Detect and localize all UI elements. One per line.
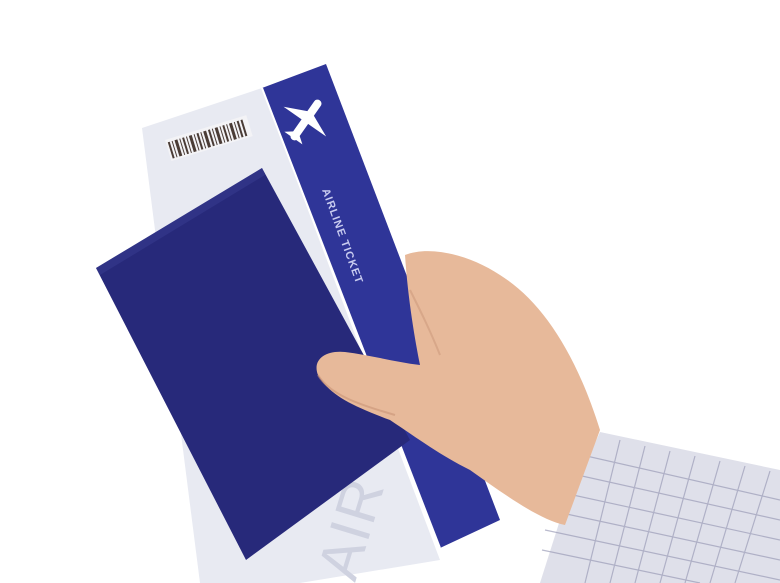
photo-scene: AIRLINE TICKET AIR bbox=[0, 0, 780, 583]
